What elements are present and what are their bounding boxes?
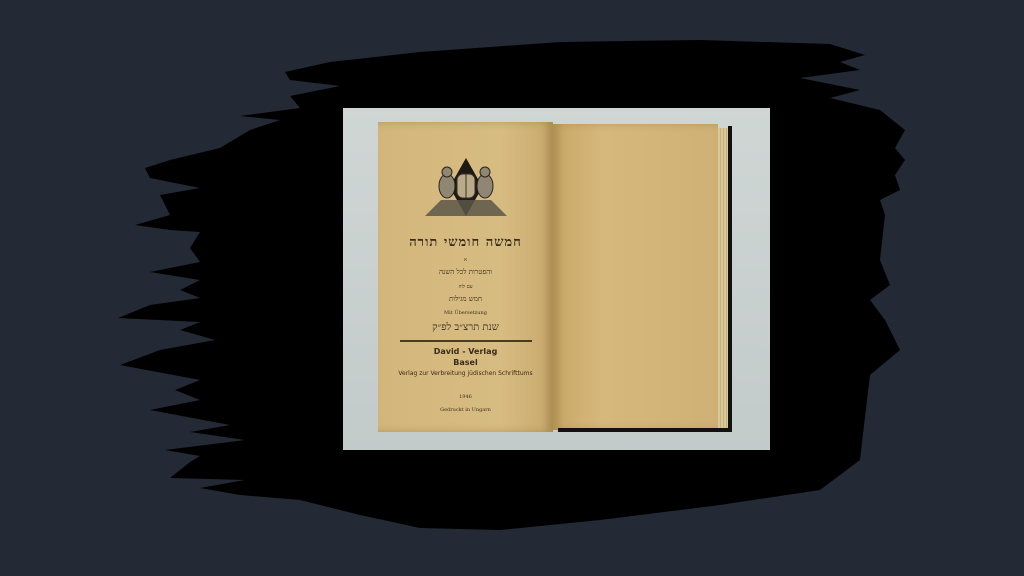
blank-page xyxy=(553,124,718,430)
title-line-3: עם לוח xyxy=(378,284,553,290)
star-of-david-emblem-icon xyxy=(421,156,511,226)
open-book: חמשה חומשי תורה א והפטרות לכל השנה עם לו… xyxy=(378,122,738,437)
book-cover-edge xyxy=(728,126,732,430)
publisher-name: David - Verlag xyxy=(378,347,553,356)
title-line-5: Mit Übersetzung xyxy=(378,310,553,316)
publisher-subtitle: Verlag zur Verbreitung jüdischen Schrift… xyxy=(378,370,553,377)
title-line-2: והפטרות לכל השנה xyxy=(378,268,553,276)
divider-rule xyxy=(400,340,532,342)
hebrew-date: שנת תרצ״ב לפ״ק xyxy=(378,322,553,333)
title-page: חמשה חומשי תורה א והפטרות לכל השנה עם לו… xyxy=(378,122,553,432)
book-photo: חמשה חומשי תורה א והפטרות לכל השנה עם לו… xyxy=(343,108,770,450)
hebrew-title: חמשה חומשי תורה xyxy=(378,234,553,250)
book-cover-bottom-edge xyxy=(558,428,732,432)
printer-note: Gedruckt in Ungarn xyxy=(378,407,553,413)
publication-year: 1946 xyxy=(378,394,553,400)
title-line-1: א xyxy=(378,257,553,263)
title-line-4: חמש מגילות xyxy=(378,295,553,303)
publisher-city: Basel xyxy=(378,358,553,367)
